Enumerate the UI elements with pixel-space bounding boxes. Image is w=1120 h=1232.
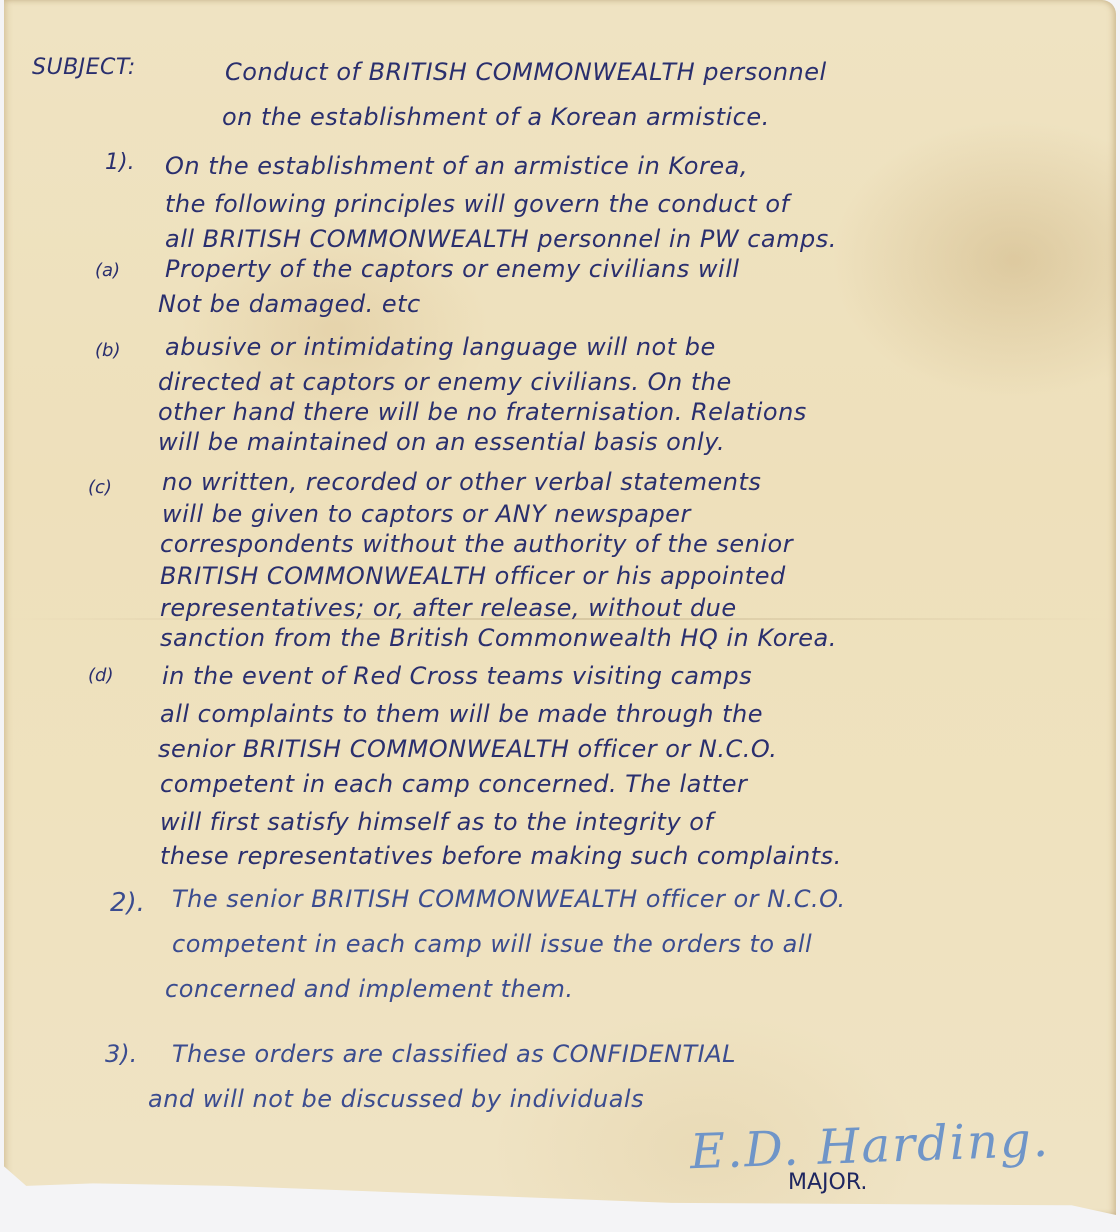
paragraph-number-2: 2). xyxy=(110,888,145,918)
paragraph-number-1: 1). xyxy=(105,150,135,175)
para1-line-3: all BRITISH COMMONWEALTH personnel in PW… xyxy=(165,225,837,253)
paragraph-number-3: 3). xyxy=(105,1040,137,1068)
para-b-line-3: other hand there will be no fraternisati… xyxy=(158,398,807,426)
para-d-line-1: in the event of Red Cross teams visiting… xyxy=(162,662,752,690)
para-d-line-4: competent in each camp concerned. The la… xyxy=(160,770,747,798)
para1-line-2: the following principles will govern the… xyxy=(165,190,789,218)
para-c-line-6: sanction from the British Commonwealth H… xyxy=(160,624,837,652)
paragraph-label-b: (b) xyxy=(95,340,120,361)
para-a-line-2: Not be damaged. etc xyxy=(158,290,421,318)
subject-label: SUBJECT: xyxy=(32,55,136,80)
para3-line-2: and will not be discussed by individuals xyxy=(148,1085,644,1113)
para-b-line-4: will be maintained on an essential basis… xyxy=(158,428,725,456)
para-c-line-3: correspondents without the authority of … xyxy=(160,530,793,558)
subject-line-1: Conduct of BRITISH COMMONWEALTH personne… xyxy=(225,58,827,86)
para-d-line-5: will first satisfy himself as to the int… xyxy=(160,808,713,836)
para1-line-1: On the establishment of an armistice in … xyxy=(165,152,748,180)
para-c-line-2: will be given to captors or ANY newspape… xyxy=(162,500,691,528)
para-d-line-6: these representatives before making such… xyxy=(160,842,842,870)
para2-line-1: The senior BRITISH COMMONWEALTH officer … xyxy=(172,885,846,913)
para-c-line-5: representatives; or, after release, with… xyxy=(160,594,737,622)
para-c-line-1: no written, recorded or other verbal sta… xyxy=(162,468,761,496)
para-d-line-2: all complaints to them will be made thro… xyxy=(160,700,763,728)
para-d-line-3: senior BRITISH COMMONWEALTH officer or N… xyxy=(158,735,777,763)
para-a-line-1: Property of the captors or enemy civilia… xyxy=(165,255,740,283)
paragraph-label-d: (d) xyxy=(88,665,113,686)
para2-line-3: concerned and implement them. xyxy=(165,975,574,1003)
subject-line-2: on the establishment of a Korean armisti… xyxy=(222,103,770,131)
para2-line-2: competent in each camp will issue the or… xyxy=(172,930,812,958)
paragraph-label-a: (a) xyxy=(95,260,120,281)
para-b-line-2: directed at captors or enemy civilians. … xyxy=(158,368,732,396)
para3-line-1: These orders are classified as CONFIDENT… xyxy=(172,1040,736,1068)
signatory-rank: MAJOR. xyxy=(788,1170,867,1195)
para-b-line-1: abusive or intimidating language will no… xyxy=(165,333,716,361)
para-c-line-4: BRITISH COMMONWEALTH officer or his appo… xyxy=(160,562,786,590)
paragraph-label-c: (c) xyxy=(88,477,112,498)
